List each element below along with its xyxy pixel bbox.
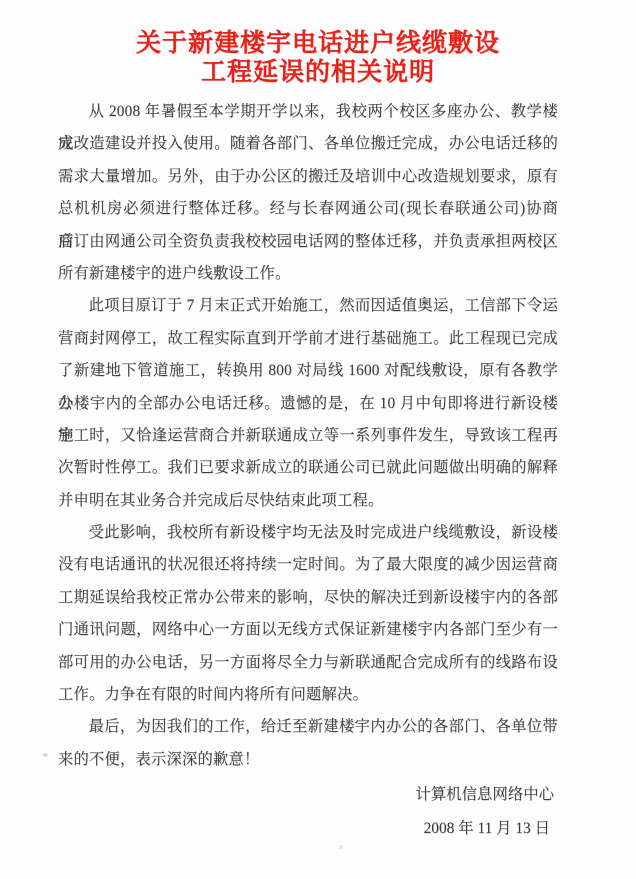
paragraph-line: 门通讯问题，网络中心一方面以无线方式保证新建楼宇内各部门至少有一 — [58, 614, 558, 646]
document-body: 从 2008 年暑假至本学期开学以来，我校两个校区多座办公、教学楼完成改造建设并… — [58, 96, 558, 776]
paragraph-line: 公楼宇内的全部办公电话迁移。遗憾的是，在 10 月中旬即将进行新设楼宇 — [58, 388, 558, 420]
document-page: 关于新建楼宇电话进户线缆敷设 工程延误的相关说明 从 2008 年暑假至本学期开… — [0, 0, 636, 879]
paragraph-line: 受此影响，我校所有新设楼宇均无法及时完成进户线缆敷设，新设楼 — [58, 517, 558, 549]
paragraph-line: 施工时，又恰逢运营商合并新联通成立等一系列事件发生，导致该工程再 — [58, 420, 558, 452]
paragraph-line: 成改造建设并投入使用。随着各部门、各单位搬迁完成，办公电话迁移的 — [58, 128, 558, 160]
signature-date: 2008 年 11 月 13 日 — [0, 812, 636, 846]
paragraph-line: 并申明在其业务合并完成后尽快结束此项工程。 — [58, 485, 558, 517]
paragraph-line: 从 2008 年暑假至本学期开学以来，我校两个校区多座办公、教学楼完 — [58, 96, 558, 128]
paragraph-line: 工期延误给我校正常办公带来的影响，尽快的解决迁到新设楼宇内的各部 — [58, 582, 558, 614]
paragraph-line: 工作。力争在有限的时间内将所有问题解决。 — [58, 679, 558, 711]
paragraph-line: 营商封网停工，故工程实际直到开学前才进行基础施工。此工程现已完成 — [58, 323, 558, 355]
paragraph-line: 总机机房必须进行整体迁移。经与长春网通公司(现长春联通公司)协商后， — [58, 193, 558, 225]
paragraph-line: 需求大量增加。另外，由于办公区的搬迁及培训中心改造规划要求，原有 — [58, 161, 558, 193]
title-line-1: 关于新建楼宇电话进户线缆敷设 — [0, 28, 636, 57]
paragraph-line: 次暂时性停工。我们已要求新成立的联通公司已就此问题做出明确的解释 — [58, 452, 558, 484]
signature-block: 计算机信息网络中心 2008 年 11 月 13 日 — [0, 778, 636, 846]
paragraph-line: 来的不便，表示深深的歉意！ — [58, 744, 558, 776]
paragraph-line: 商订由网通公司全资负责我校校园电话网的整体迁移，并负责承担两校区 — [58, 226, 558, 258]
paragraph-line: 此项目原订于 7 月末正式开始施工，然而因适值奥运，工信部下令运 — [58, 290, 558, 322]
paragraph-line: 了新建地下管道施工，转换用 800 对局线 1600 对配线敷设，原有各教学办 — [58, 355, 558, 387]
signature-org: 计算机信息网络中心 — [0, 778, 636, 812]
scan-speck — [43, 753, 48, 757]
scan-speck — [339, 845, 343, 849]
paragraph-line: 最后，为因我们的工作，给迁至新建楼宇内办公的各部门、各单位带 — [58, 711, 558, 743]
document-title: 关于新建楼宇电话进户线缆敷设 工程延误的相关说明 — [0, 0, 636, 86]
paragraph-line: 部可用的办公电话，另一方面将尽全力与新联通配合完成所有的线路布设 — [58, 647, 558, 679]
paragraph-line: 所有新建楼宇的进户线敷设工作。 — [58, 258, 558, 290]
paragraph-line: 没有电话通讯的状况很还将持续一定时间。为了最大限度的减少因运营商 — [58, 549, 558, 581]
title-line-2: 工程延误的相关说明 — [0, 57, 636, 86]
